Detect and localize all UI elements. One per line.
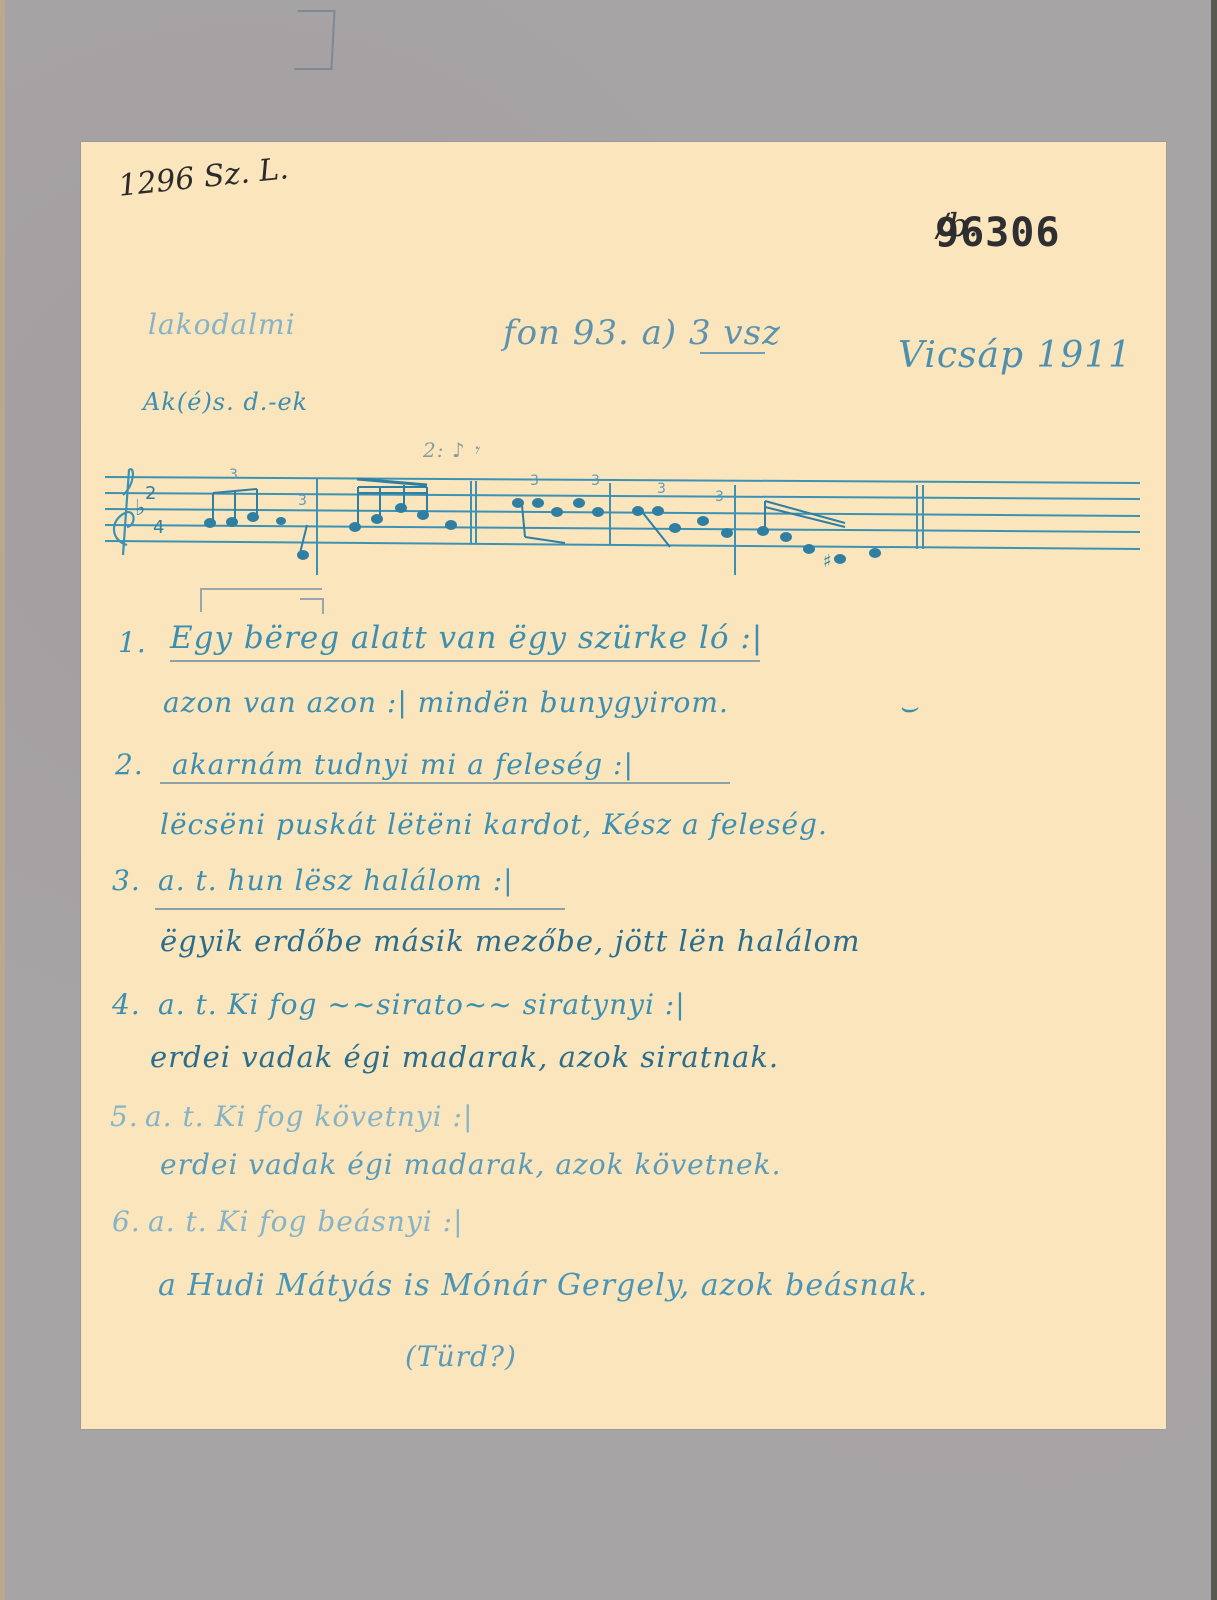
verse-4-number: 4. xyxy=(112,988,141,1021)
svg-text:♭: ♭ xyxy=(135,496,145,521)
svg-text:♯: ♯ xyxy=(823,551,832,572)
verse-6-line-3: (Türd?) xyxy=(405,1340,517,1373)
tempo-mark: 2: ♪ 𝄾 xyxy=(423,438,479,462)
verse-6-number: 6. xyxy=(112,1205,141,1238)
verse-3-line-1: a. t. hun lësz halálom :| xyxy=(158,864,514,897)
svg-text:3: 3 xyxy=(229,467,238,483)
verse-5-line-1: a. t. Ki fog követnyi :| xyxy=(145,1100,473,1133)
svg-text:3: 3 xyxy=(591,473,600,489)
svg-text:3: 3 xyxy=(715,489,724,505)
verse-4-line-2: erdei vadak égi madarak, azok siratnak. xyxy=(150,1040,779,1074)
recording-reference-underline xyxy=(700,352,765,354)
verse-2-number: 2. xyxy=(115,748,144,781)
secondary-note: Ak(é)s. d.-ek xyxy=(143,388,308,416)
verse-2-line-2: lëcsëni puskát lëtëni kardot, Kész a fel… xyxy=(160,808,828,841)
verse-5-line-2: erdei vadak égi madarak, azok követnek. xyxy=(160,1148,781,1181)
svg-text:2: 2 xyxy=(145,483,156,504)
verse-1-line-2: azon van azon :| mindën bunygyirom. xyxy=(163,686,729,719)
inventory-stamp-suffix: /b. xyxy=(937,206,978,244)
pencil-bracket-mark xyxy=(294,10,335,70)
card-right-edge xyxy=(1211,0,1217,1600)
music-staff: ♭ 2 4 ♯ xyxy=(105,465,1140,575)
verse-2-underline xyxy=(160,782,730,784)
verse-2-line-1: akarnám tudnyi mi a feleség :| xyxy=(172,748,634,781)
notation-graphic: ♭ 2 4 ♯ xyxy=(105,465,1140,575)
card-left-edge xyxy=(0,0,5,1600)
inventory-stamp-group: 96306 /b. xyxy=(935,210,976,248)
verse-6-line-2: a Hudi Mátyás is Mónár Gergely, azok beá… xyxy=(158,1268,928,1303)
genre-note: lakodalmi xyxy=(148,308,296,341)
recording-reference: fon 93. a) 3 vsz xyxy=(503,313,781,353)
svg-text:4: 4 xyxy=(153,517,164,538)
verse-4-line-1: a. t. Ki fog ~~sirato~~ siratynyi :| xyxy=(158,988,686,1021)
verse-1-number: 1. xyxy=(118,626,147,659)
verse-3-line-2: ëgyik erdőbe másik mezőbe, jött lën halá… xyxy=(160,924,861,958)
verse-1-curl-mark: ⌣ xyxy=(898,690,919,725)
svg-text:3: 3 xyxy=(657,481,666,497)
place-year: Vicsáp 1911 xyxy=(898,335,1132,376)
verse-3-number: 3. xyxy=(112,864,141,897)
svg-text:3: 3 xyxy=(298,493,307,509)
verse-3-underline xyxy=(155,908,565,910)
rhythm-pencil-marks-2 xyxy=(300,598,324,614)
verse-1-line-1: Egy bëreg alatt van ëgy szürke ló :| xyxy=(170,620,763,656)
svg-text:3: 3 xyxy=(530,473,539,489)
verse-5-number: 5. xyxy=(110,1100,139,1133)
verse-1-underline xyxy=(170,660,760,662)
verse-6-line-1: a. t. Ki fog beásnyi :| xyxy=(148,1205,464,1238)
